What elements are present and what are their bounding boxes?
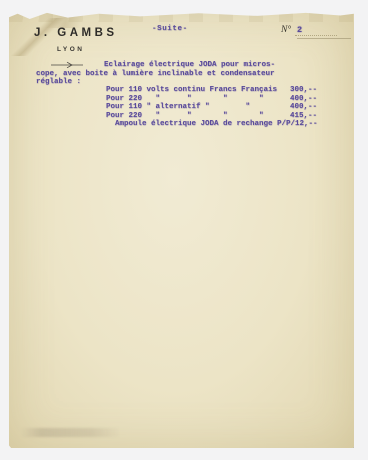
description-line-3: réglable : — [36, 78, 81, 86]
paper-scratch-mark — [297, 38, 351, 39]
paper-top-crease — [13, 12, 123, 28]
price-row-item: Pour 220 " " " " — [106, 95, 264, 103]
description-line-2: cope, avec boite à lumière inclinable et… — [36, 70, 275, 78]
price-row-amount: 400,-- — [290, 95, 317, 103]
price-row-item: Pour 110 " alternatif " " — [106, 103, 250, 111]
numero-label: N° — [281, 25, 291, 35]
price-row-item: Pour 220 " " " " — [106, 112, 264, 120]
price-row-amount: 415,-- — [290, 112, 317, 120]
description-line-1: Eclairage électrique JODA pour micros- — [104, 61, 275, 69]
letterhead-company-name: J. GAMBS — [34, 27, 118, 39]
paper-top-wrinkles — [9, 12, 354, 22]
scanned-invoice-photo: { "document": { "letterhead": { "company… — [0, 0, 368, 460]
price-row-amount: 400,-- — [290, 103, 317, 111]
spare-bulb-item: Ampoule électrique JODA de rechange P/P/ — [115, 120, 295, 128]
spare-bulb-amount: 12,-- — [295, 120, 318, 128]
numero-dotted-line — [295, 27, 337, 36]
suite-continuation-label: -Suite- — [152, 25, 188, 33]
price-row-item: Pour 110 volts continu Francs Français — [106, 86, 277, 94]
price-row-amount: 300,-- — [290, 86, 317, 94]
faint-pencil-note — [21, 428, 121, 437]
letterhead-city: LYON — [57, 46, 84, 53]
letter-paper: J. GAMBS LYON -Suite- N° 2 Eclairage éle… — [9, 12, 354, 448]
